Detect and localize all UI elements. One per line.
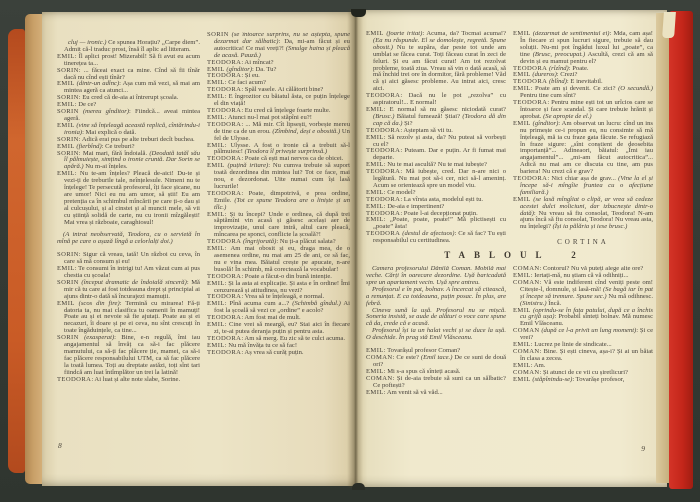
dialogue-line: EMIL: Și tu începi? Unde e ordinea, că d…: [207, 212, 350, 240]
dialogue-line: SORIN (se întoarce surprins, nu se aștep…: [207, 32, 350, 60]
dialogue-line: EMIL: Poate am și devenit. Ce zici? (O s…: [513, 86, 653, 100]
open-book: cluj — ironic.) Ce spunea Horațiu? „Carp…: [6, 9, 693, 490]
dialogue-line: EMIL: Am venit să vă văd...: [366, 390, 506, 397]
dialogue-line: EMIL: Am mai obosit și eu, draga mea, de…: [207, 246, 350, 274]
dialogue-line: TEODORA: Dacă nu le pot „rezolva” cu asp…: [366, 93, 506, 107]
dialogue-line: EMIL: E îngrozitor cu băiatul ăsta, ce p…: [207, 94, 350, 108]
dialogue-line: TEODORA (destul de afectuos): Ce să fac?…: [366, 231, 506, 245]
dialogue-line: SORIN: Mai mari, fără îndoială. (Deodată…: [57, 151, 200, 172]
dialogue-line: EMIL: Te consumi în intrigi tu! Am văzut…: [57, 266, 200, 280]
dialogue-line: EMIL: Și la asta ai explicație. Și asta …: [207, 281, 350, 295]
dialogue-line: TEODORA: Aș vrea să curăț puțin.: [207, 350, 350, 357]
dialogue-line: SORIN (mereu gînditor): Fiindcă... aveai…: [57, 109, 200, 123]
dialogue-line: EMIL (gînditor): Am observat un lucru: c…: [513, 121, 653, 176]
book-photo: cluj — ironic.) Ce spunea Horațiu? „Carp…: [0, 0, 700, 502]
dialogue-line: TEODORA: Puteam. Dar e puțin. Ar fi fuma…: [366, 148, 506, 162]
dialogue-line: SORIN: ... făceai exact ca mine. Cînd să…: [57, 68, 200, 82]
text-column-4: EMIL (dezarmat de sentimentul ei): Mda, …: [513, 31, 653, 231]
dialogue-line: TEODORA: ... Mă mir. Cît lipsești, vorbe…: [207, 122, 350, 143]
dialogue-line: TEODORA: Ai luat și alte note slabe, Sor…: [57, 377, 200, 384]
tabloul-2-heading: TABLOUL 2: [366, 252, 654, 259]
book-fore-edge-orange: [8, 29, 25, 473]
stage-direction: Profesorul e în pat, bolnav. A încercat …: [366, 287, 506, 308]
dialogue-line: EMIL (stăpînindu-se): Tovarășe profesor,: [513, 377, 653, 384]
dialogue-line: COMAN (după ce l-a privit un lung moment…: [513, 328, 653, 342]
cortina-caption: CORTINA: [513, 239, 653, 246]
dialogue-line: EMIL (vine să înțeleagă această replică,…: [57, 123, 200, 137]
dialogue-line: COMAN: Vă este indiferent cînd veniți pe…: [513, 280, 653, 308]
page-corner: [662, 12, 676, 38]
dialogue-line: EMIL (foarte iritat): Acuma, da? Tocmai …: [366, 31, 506, 93]
dialogue-line: TEODORA: Mă iubește, cred. Dar n-are nic…: [366, 169, 506, 190]
dialogue-line: EMIL: „Poate, poate, poate!” Mă plictise…: [366, 217, 506, 231]
stage-direction: Profesorul își ia un halat vechi și se d…: [366, 328, 506, 342]
book-gutter: [347, 9, 363, 488]
text-column-6: COMAN: Contorul? Nu vă puteți alege alte…: [513, 266, 653, 383]
dialogue-line: EMIL: Îl aplici prost! Mizerabil! Să fi …: [57, 54, 200, 68]
dialogue-line: SORIN: Sigur că vreau, tată! Un război c…: [57, 252, 200, 266]
dialogue-line: EMIL (se lasă mîngîiat o clipă, ar vrea …: [513, 197, 653, 232]
binding-notch-top: [351, 9, 366, 17]
text-column-3: EMIL (foarte iritat): Acuma, da? Tocmai …: [366, 31, 506, 245]
dialogue-line: cluj — ironic.) Ce spunea Horațiu? „Carp…: [57, 40, 200, 54]
page-number-left: 8: [58, 441, 62, 450]
left-page: cluj — ironic.) Ce spunea Horațiu? „Carp…: [42, 12, 355, 486]
dialogue-line: TEODORA: Pentru mine ești tot un urîcios…: [513, 100, 653, 121]
text-column-2: SORIN (se întoarce surprins, nu se aștep…: [207, 32, 350, 357]
tabloul-1-end-columns: EMIL (foarte iritat): Acuma, da? Tocmai …: [366, 31, 654, 246]
dialogue-line: TEODORA: Nici chiar așa de grav... (Vine…: [513, 176, 653, 197]
dialogue-line: EMIL (puțină iritare): Nu cumva trebuie …: [207, 163, 350, 191]
dialogue-line: SORIN (început dramatic de îndoială sinc…: [57, 280, 200, 301]
text-column-5: Camera profesorului Dănilă Coman. Mobilă…: [366, 266, 506, 396]
page-block-edge-left: [25, 14, 43, 484]
text-column-1: cluj — ironic.) Ce spunea Horațiu? „Carp…: [57, 32, 200, 384]
dialogue-line: EMIL (scos din fire): Termină cu mirarea…: [57, 301, 200, 336]
binding-notch-bottom: [352, 483, 365, 490]
stage-direction: Cineva sună la ușă. Profesorul nu se miș…: [366, 308, 506, 329]
dialogue-line: EMIL (dezarmat de sentimentul ei): Mda, …: [513, 31, 653, 66]
dialogue-line: EMIL: E normal să nu găsesc niciodată cu…: [366, 107, 506, 128]
dialogue-line: EMIL: Nu te-am înțeles? Pleacă de-aici! …: [57, 171, 200, 226]
text-column-4-wrap: EMIL (dezarmat de sentimentul ei): Mda, …: [513, 31, 653, 246]
dialogue-line: SORIN (exasperat): Bine, e-n regulă, îmi…: [57, 335, 200, 376]
dialogue-line: EMIL (oprindu-se în fața patului, după c…: [513, 308, 653, 329]
dialogue-line: TEODORA: Poate, dimpotrivă, e prea ordin…: [207, 191, 350, 212]
right-page-text: EMIL (foarte iritat): Acuma, da? Tocmai …: [366, 31, 654, 471]
stage-direction: Camera profesorului Dănilă Coman. Mobilă…: [366, 266, 506, 287]
page-number-right: 9: [641, 444, 645, 453]
dialogue-line: EMIL: Cine vrei să meargă, eu? Stai aici…: [207, 322, 350, 336]
dialogue-line: EMIL (dintr-un adînc): Așa cum mă vezi, …: [57, 81, 200, 95]
right-page: EMIL (foarte iritat): Acuma, da? Tocmai …: [355, 10, 667, 487]
dialogue-line: EMIL: Pînă acuma cum a...? (Schimbă gînd…: [207, 301, 350, 315]
stage-direction: (A intrat neobservată, Teodora, cu o ser…: [57, 232, 200, 246]
dialogue-line: COMAN: Bine. Și ești cineva, așa-i? Și a…: [513, 349, 653, 363]
dialogue-line: EMIL: Ulysse. A fost o ironie că a trebu…: [207, 143, 350, 157]
dialogue-line: EMIL: Să rezolv și asta, da? Nu puteai s…: [366, 135, 506, 149]
book-cover-red: [669, 11, 693, 489]
left-page-text: cluj — ironic.) Ce spunea Horațiu? „Carp…: [57, 32, 351, 444]
page-block-edge-right: [656, 13, 669, 483]
tabloul-2-columns: Camera profesorului Dănilă Coman. Mobilă…: [366, 266, 654, 396]
dialogue-line: COMAN: Și de-aia trebuie să suni ca un s…: [366, 376, 506, 390]
dialogue-line: COMAN: Ce este? (Emil tace.) De ce suni …: [366, 355, 506, 369]
